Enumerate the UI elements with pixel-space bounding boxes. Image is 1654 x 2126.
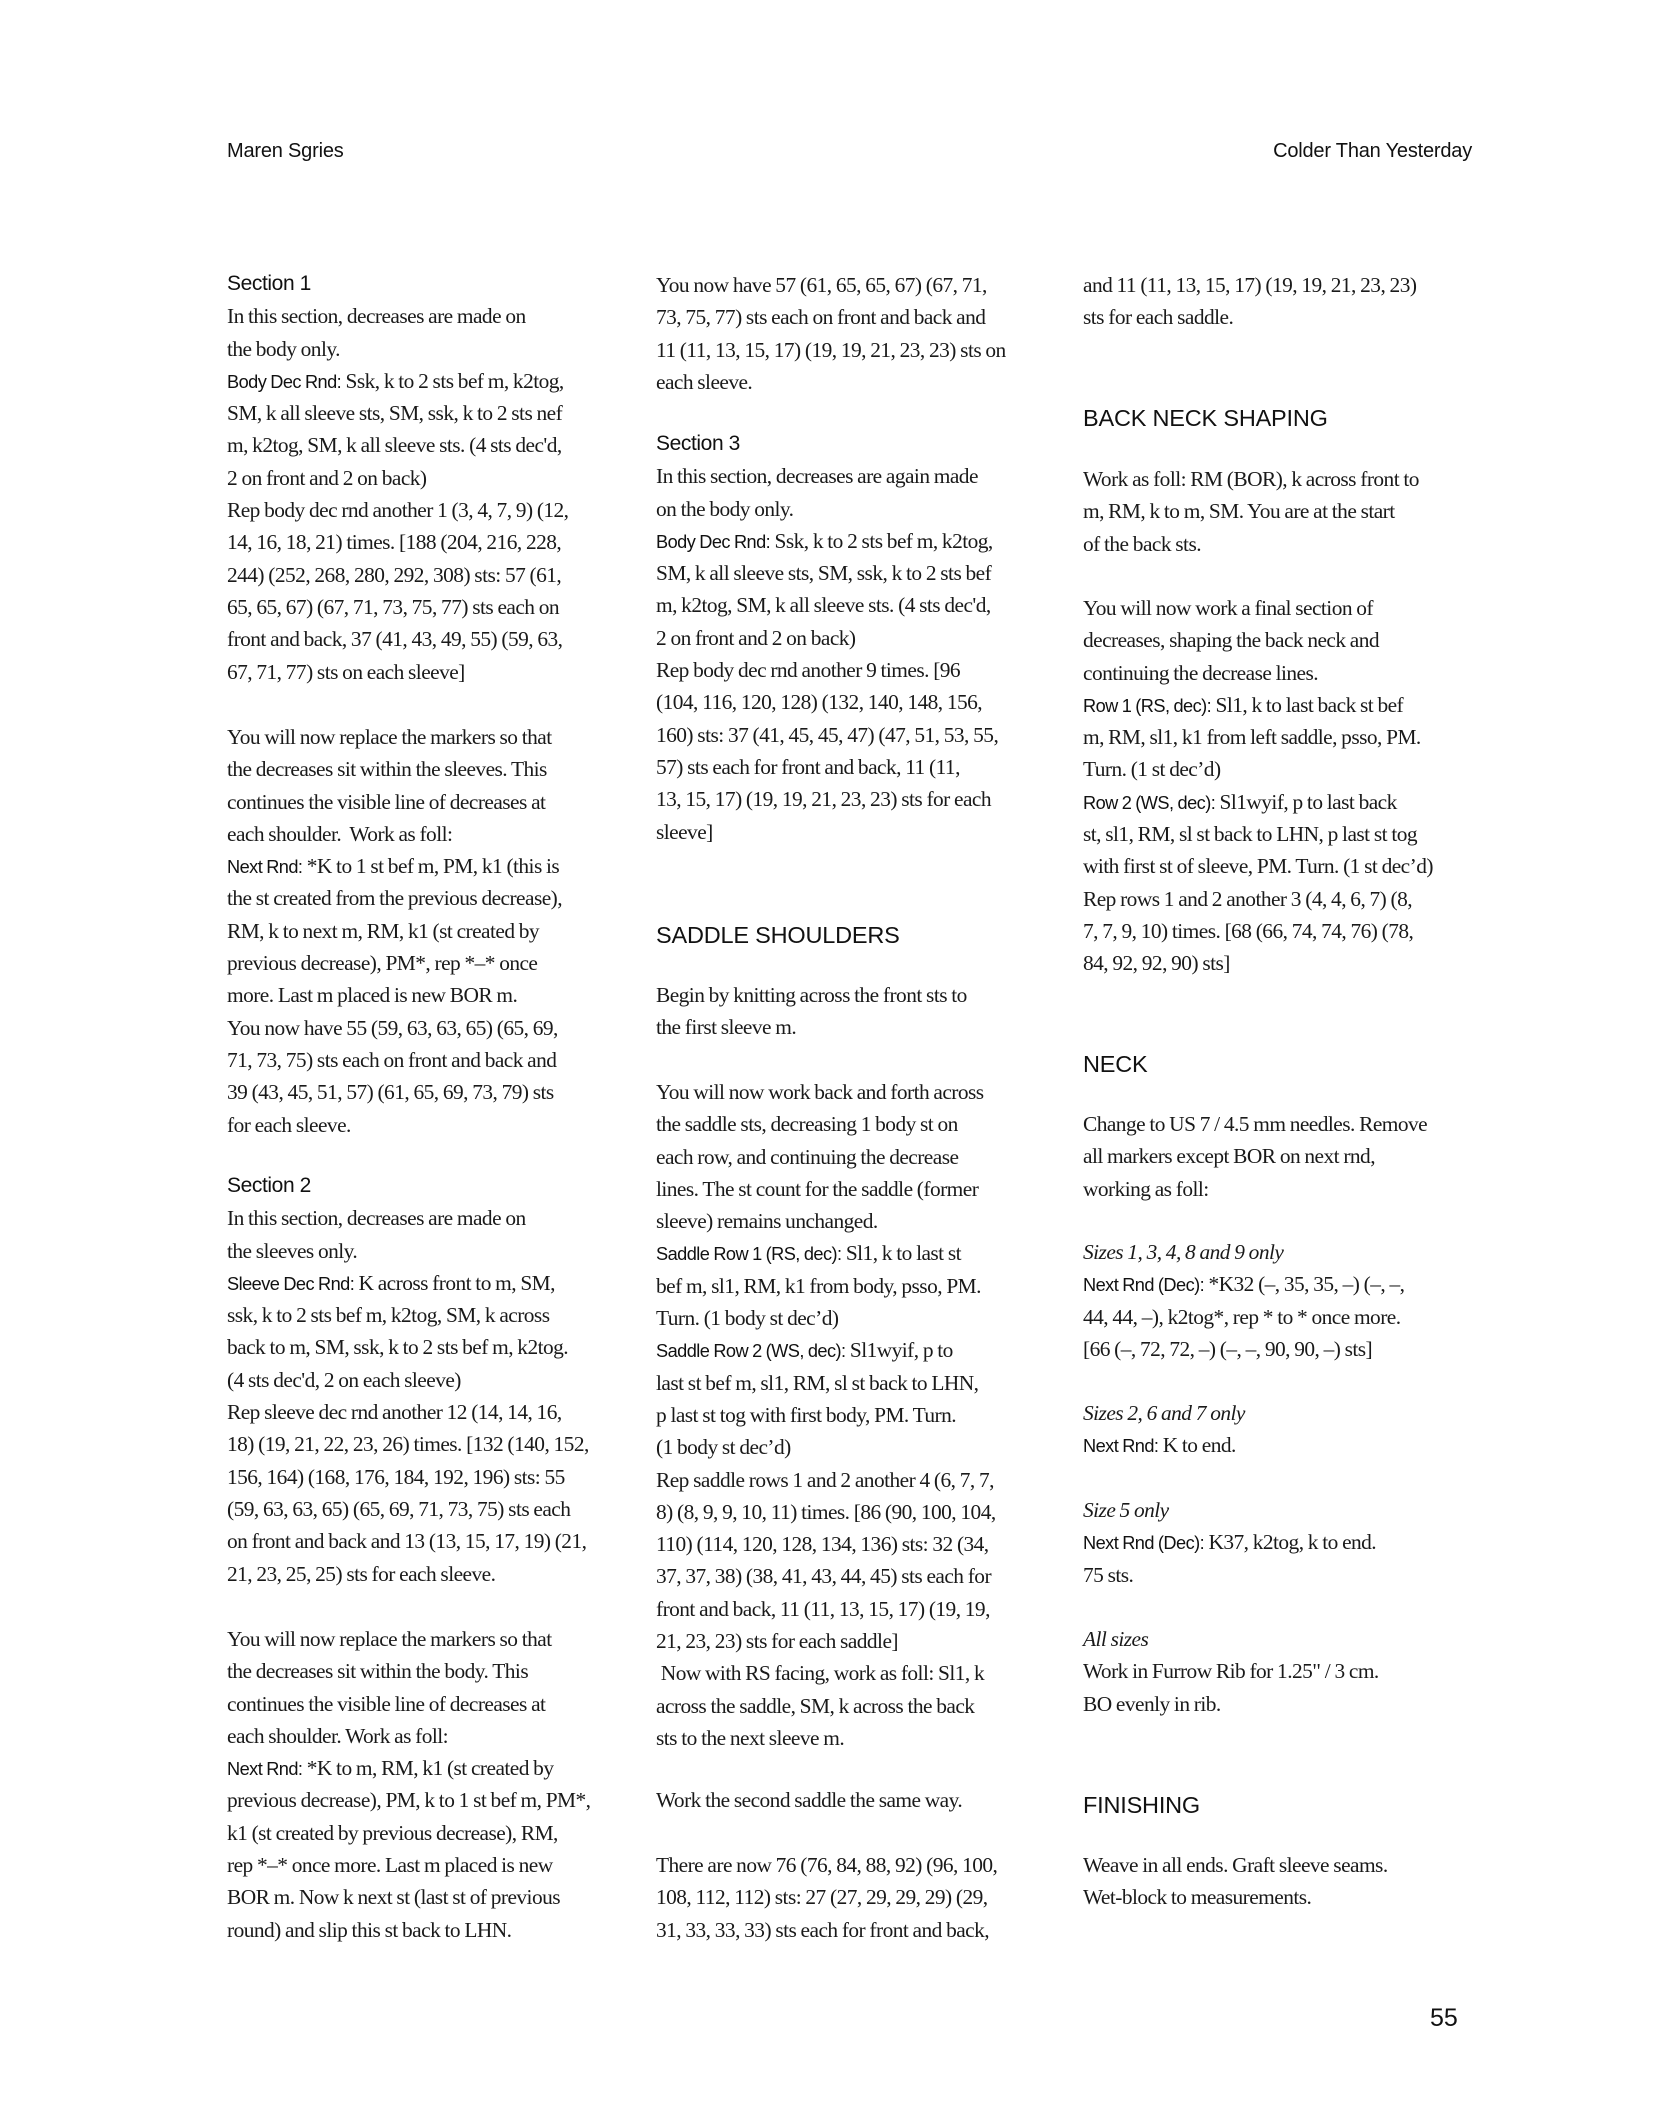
instruction-label: Saddle Row 1 (RS, dec): bbox=[656, 1244, 842, 1264]
instruction-text: (1 body st dec’d) bbox=[656, 1435, 791, 1459]
text-line: continuing the decrease lines. bbox=[1083, 657, 1475, 689]
instruction-text: In this section, decreases are made on bbox=[227, 1206, 526, 1230]
size-subheading: Size 5 only bbox=[1083, 1498, 1169, 1522]
instruction-text: 39 (43, 45, 51, 57) (61, 65, 69, 73, 79)… bbox=[227, 1080, 554, 1104]
text-line: the body only. bbox=[227, 333, 619, 365]
instruction-label: Next Rnd: bbox=[1083, 1436, 1158, 1456]
text-line: Begin by knitting across the front sts t… bbox=[656, 979, 1048, 1011]
text-line: Next Rnd: *K to m, RM, k1 (st created by bbox=[227, 1752, 619, 1784]
instruction-text: You will now work a final section of bbox=[1083, 596, 1373, 620]
instruction-label: Row 2 (WS, dec): bbox=[1083, 793, 1215, 813]
instruction-text: 2 on front and 2 on back) bbox=[227, 466, 426, 490]
instruction-text: K to end. bbox=[1158, 1433, 1235, 1457]
section-heading: Section 3 bbox=[656, 428, 1048, 460]
chapter-heading-block: SADDLE SHOULDERS bbox=[656, 920, 1048, 950]
text-line: 37, 37, 38) (38, 41, 43, 44, 45) sts eac… bbox=[656, 1560, 1048, 1592]
text-line: 2 on front and 2 on back) bbox=[656, 622, 1048, 654]
instruction-label: Body Dec Rnd: bbox=[656, 532, 770, 552]
instruction-text: 18) (19, 21, 22, 23, 26) times. [132 (14… bbox=[227, 1432, 589, 1456]
instruction-text: 156, 164) (168, 176, 184, 192, 196) sts:… bbox=[227, 1465, 565, 1489]
instruction-text: with first st of sleeve, PM. Turn. (1 st… bbox=[1083, 854, 1433, 878]
instruction-text: the body only. bbox=[227, 337, 340, 361]
instruction-text: Now with RS facing, work as foll: Sl1, k bbox=[656, 1661, 984, 1685]
instruction-text: all markers except BOR on next rnd, bbox=[1083, 1144, 1375, 1168]
instruction-text: p last st tog with first body, PM. Turn. bbox=[656, 1403, 956, 1427]
instruction-text: You will now replace the markers so that bbox=[227, 725, 552, 749]
instruction-text: the saddle sts, decreasing 1 body st on bbox=[656, 1112, 958, 1136]
paragraph-block: You will now replace the markers so that… bbox=[227, 721, 619, 1141]
instruction-text: 73, 75, 77) sts each on front and back a… bbox=[656, 305, 985, 329]
text-line: working as foll: bbox=[1083, 1173, 1475, 1205]
text-line: sleeve] bbox=[656, 816, 1048, 848]
text-line: You will now replace the markers so that bbox=[227, 1623, 619, 1655]
instruction-text: each row, and continuing the decrease bbox=[656, 1145, 958, 1169]
instruction-text: 71, 73, 75) sts each on front and back a… bbox=[227, 1048, 556, 1072]
text-line: the saddle sts, decreasing 1 body st on bbox=[656, 1108, 1048, 1140]
text-line: 21, 23, 25, 25) sts for each sleeve. bbox=[227, 1558, 619, 1590]
instruction-text: k1 (st created by previous decrease), RM… bbox=[227, 1821, 558, 1845]
text-line: the first sleeve m. bbox=[656, 1011, 1048, 1043]
instruction-text: Begin by knitting across the front sts t… bbox=[656, 983, 967, 1007]
text-line: Weave in all ends. Graft sleeve seams. bbox=[1083, 1849, 1475, 1881]
text-line: (1 body st dec’d) bbox=[656, 1431, 1048, 1463]
instruction-text: Weave in all ends. Graft sleeve seams. bbox=[1083, 1853, 1388, 1877]
instruction-text: the sleeves only. bbox=[227, 1239, 357, 1263]
chapter-heading: SADDLE SHOULDERS bbox=[656, 920, 1048, 950]
text-line: rep *–* once more. Last m placed is new bbox=[227, 1849, 619, 1881]
instruction-text: In this section, decreases are again mad… bbox=[656, 464, 978, 488]
text-line: Next Rnd: K to end. bbox=[1083, 1429, 1475, 1461]
instruction-text: (59, 63, 63, 65) (65, 69, 71, 73, 75) st… bbox=[227, 1497, 570, 1521]
instruction-text: Turn. (1 st dec’d) bbox=[1083, 757, 1221, 781]
instruction-text: sleeve] bbox=[656, 820, 713, 844]
text-line: decreases, shaping the back neck and bbox=[1083, 624, 1475, 656]
instruction-text: bef m, sl1, RM, k1 from body, psso, PM. bbox=[656, 1274, 981, 1298]
chapter-heading: BACK NECK SHAPING bbox=[1083, 403, 1475, 433]
text-line: (59, 63, 63, 65) (65, 69, 71, 73, 75) st… bbox=[227, 1493, 619, 1525]
text-line: Rep sleeve dec rnd another 12 (14, 14, 1… bbox=[227, 1396, 619, 1428]
instruction-text: Ssk, k to 2 sts bef m, k2tog, bbox=[341, 369, 564, 393]
text-line: Body Dec Rnd: Ssk, k to 2 sts bef m, k2t… bbox=[227, 365, 619, 397]
text-line: 156, 164) (168, 176, 184, 192, 196) sts:… bbox=[227, 1461, 619, 1493]
text-line: 7, 7, 9, 10) times. [68 (66, 74, 74, 76)… bbox=[1083, 915, 1475, 947]
instruction-text: There are now 76 (76, 84, 88, 92) (96, 1… bbox=[656, 1853, 997, 1877]
instruction-text: Wet-block to measurements. bbox=[1083, 1885, 1311, 1909]
instruction-text: 65, 65, 67) (67, 71, 73, 75, 77) sts eac… bbox=[227, 595, 559, 619]
instruction-text: m, k2tog, SM, k all sleeve sts. (4 sts d… bbox=[656, 593, 991, 617]
text-line: Wet-block to measurements. bbox=[1083, 1881, 1475, 1913]
instruction-label: Next Rnd (Dec): bbox=[1083, 1275, 1204, 1295]
paragraph-block: Work as foll: RM (BOR), k across front t… bbox=[1083, 463, 1475, 560]
instruction-text: 84, 92, 92, 90) sts] bbox=[1083, 951, 1230, 975]
instruction-text: sts to the next sleeve m. bbox=[656, 1726, 844, 1750]
instruction-text: K across front to m, SM, bbox=[354, 1271, 555, 1295]
instruction-text: on front and back and 13 (13, 15, 17, 19… bbox=[227, 1529, 586, 1553]
paragraph-block: You will now replace the markers so that… bbox=[227, 1623, 619, 1946]
text-line: BOR m. Now k next st (last st of previou… bbox=[227, 1881, 619, 1913]
text-line: Row 2 (WS, dec): Sl1wyif, p to last back bbox=[1083, 786, 1475, 818]
instruction-text: 21, 23, 25, 25) sts for each sleeve. bbox=[227, 1562, 495, 1586]
paragraph-block: Work the second saddle the same way. bbox=[656, 1784, 1048, 1816]
instruction-text: m, RM, sl1, k1 from left saddle, psso, P… bbox=[1083, 725, 1421, 749]
instruction-text: lines. The st count for the saddle (form… bbox=[656, 1177, 978, 1201]
instruction-text: Sl1, k to last back st bef bbox=[1211, 693, 1403, 717]
instruction-text: RM, k to next m, RM, k1 (st created by bbox=[227, 919, 539, 943]
text-line: [66 (–, 72, 72, –) (–, –, 90, 90, –) sts… bbox=[1083, 1333, 1475, 1365]
text-line: previous decrease), PM, k to 1 st bef m,… bbox=[227, 1784, 619, 1816]
text-line: Turn. (1 st dec’d) bbox=[1083, 753, 1475, 785]
instruction-text: 44, 44, –), k2tog*, rep * to * once more… bbox=[1083, 1305, 1401, 1329]
paragraph-block: Begin by knitting across the front sts t… bbox=[656, 979, 1048, 1044]
text-line: Rep body dec rnd another 9 times. [96 bbox=[656, 654, 1048, 686]
instruction-text: continues the visible line of decreases … bbox=[227, 790, 545, 814]
text-line: 14, 16, 18, 21) times. [188 (204, 216, 2… bbox=[227, 526, 619, 558]
text-line: In this section, decreases are again mad… bbox=[656, 460, 1048, 492]
instruction-text: more. Last m placed is new BOR m. bbox=[227, 983, 517, 1007]
text-line: Saddle Row 2 (WS, dec): Sl1wyif, p to bbox=[656, 1334, 1048, 1366]
instruction-label: Sleeve Dec Rnd: bbox=[227, 1274, 354, 1294]
instruction-text: 108, 112, 112) sts: 27 (27, 29, 29, 29) … bbox=[656, 1885, 988, 1909]
text-line: Next Rnd: *K to 1 st bef m, PM, k1 (this… bbox=[227, 850, 619, 882]
instruction-text: Sl1, k to last st bbox=[842, 1241, 962, 1265]
section-block: Section 3In this section, decreases are … bbox=[656, 428, 1048, 848]
instruction-text: Ssk, k to 2 sts bef m, k2tog, bbox=[770, 529, 993, 553]
instruction-text: and 11 (11, 13, 15, 17) (19, 19, 21, 23,… bbox=[1083, 273, 1416, 297]
text-line: In this section, decreases are made on bbox=[227, 1202, 619, 1234]
text-line: 57) sts each for front and back, 11 (11, bbox=[656, 751, 1048, 783]
instruction-text: each sleeve. bbox=[656, 370, 752, 394]
instruction-text: 110) (114, 120, 128, 134, 136) sts: 32 (… bbox=[656, 1532, 989, 1556]
instruction-text: (4 sts dec'd, 2 on each sleeve) bbox=[227, 1368, 461, 1392]
instruction-text: 13, 15, 17) (19, 19, 21, 23, 23) sts for… bbox=[656, 787, 991, 811]
paragraph-block: Sizes 1, 3, 4, 8 and 9 onlyNext Rnd (Dec… bbox=[1083, 1236, 1475, 1365]
text-line: Size 5 only bbox=[1083, 1494, 1475, 1526]
instruction-text: *K to 1 st bef m, PM, k1 (this is bbox=[302, 854, 559, 878]
instruction-text: the st created from the previous decreas… bbox=[227, 886, 562, 910]
text-line: more. Last m placed is new BOR m. bbox=[227, 979, 619, 1011]
instruction-text: [66 (–, 72, 72, –) (–, –, 90, 90, –) sts… bbox=[1083, 1337, 1372, 1361]
instruction-text: 2 on front and 2 on back) bbox=[656, 626, 855, 650]
text-line: Rep body dec rnd another 1 (3, 4, 7, 9) … bbox=[227, 494, 619, 526]
text-line: 73, 75, 77) sts each on front and back a… bbox=[656, 301, 1048, 333]
text-line: 21, 23, 23) sts for each saddle] bbox=[656, 1625, 1048, 1657]
instruction-text: m, RM, k to m, SM. You are at the start bbox=[1083, 499, 1395, 523]
instruction-text: *K32 (–, 35, 35, –) (–, –, bbox=[1204, 1272, 1404, 1296]
instruction-text: the decreases sit within the body. This bbox=[227, 1659, 528, 1683]
instruction-text: Work the second saddle the same way. bbox=[656, 1788, 962, 1812]
instruction-text: K37, k2tog, k to end. bbox=[1204, 1530, 1376, 1554]
instruction-text: previous decrease), PM, k to 1 st bef m,… bbox=[227, 1788, 590, 1812]
text-line: round) and slip this st back to LHN. bbox=[227, 1914, 619, 1946]
text-line: Row 1 (RS, dec): Sl1, k to last back st … bbox=[1083, 689, 1475, 721]
instruction-text: continuing the decrease lines. bbox=[1083, 661, 1318, 685]
instruction-label: Next Rnd: bbox=[227, 1759, 302, 1779]
instruction-text: 37, 37, 38) (38, 41, 43, 44, 45) sts eac… bbox=[656, 1564, 991, 1588]
text-line: sleeve) remains unchanged. bbox=[656, 1205, 1048, 1237]
text-line: ssk, k to 2 sts bef m, k2tog, SM, k acro… bbox=[227, 1299, 619, 1331]
text-line: last st bef m, sl1, RM, sl st back to LH… bbox=[656, 1367, 1048, 1399]
instruction-text: Change to US 7 / 4.5 mm needles. Remove bbox=[1083, 1112, 1427, 1136]
instruction-text: Rep rows 1 and 2 another 3 (4, 4, 6, 7) … bbox=[1083, 887, 1412, 911]
size-subheading: Sizes 1, 3, 4, 8 and 9 only bbox=[1083, 1240, 1283, 1264]
instruction-text: Rep body dec rnd another 1 (3, 4, 7, 9) … bbox=[227, 498, 568, 522]
text-line: each row, and continuing the decrease bbox=[656, 1141, 1048, 1173]
text-line: Next Rnd (Dec): *K32 (–, 35, 35, –) (–, … bbox=[1083, 1268, 1475, 1300]
instruction-text: SM, k all sleeve sts, SM, ssk, k to 2 st… bbox=[227, 401, 562, 425]
text-line: In this section, decreases are made on bbox=[227, 300, 619, 332]
text-line: m, k2tog, SM, k all sleeve sts. (4 sts d… bbox=[227, 429, 619, 461]
text-line: bef m, sl1, RM, k1 from body, psso, PM. bbox=[656, 1270, 1048, 1302]
paragraph-block: You will now work back and forth acrosst… bbox=[656, 1076, 1048, 1754]
instruction-text: You now have 57 (61, 65, 65, 67) (67, 71… bbox=[656, 273, 987, 297]
chapter-heading-block: NECK bbox=[1083, 1049, 1475, 1079]
text-line: Work in Furrow Rib for 1.25" / 3 cm. bbox=[1083, 1655, 1475, 1687]
paragraph-block: Weave in all ends. Graft sleeve seams.We… bbox=[1083, 1849, 1475, 1914]
instruction-text: 14, 16, 18, 21) times. [188 (204, 216, 2… bbox=[227, 530, 561, 554]
size-subheading: Sizes 2, 6 and 7 only bbox=[1083, 1401, 1245, 1425]
text-line: and 11 (11, 13, 15, 17) (19, 19, 21, 23,… bbox=[1083, 269, 1475, 301]
instruction-text: In this section, decreases are made on bbox=[227, 304, 526, 328]
text-line: 84, 92, 92, 90) sts] bbox=[1083, 947, 1475, 979]
instruction-text: 21, 23, 23) sts for each saddle] bbox=[656, 1629, 898, 1653]
text-line: (104, 116, 120, 128) (132, 140, 148, 156… bbox=[656, 686, 1048, 718]
text-line: 65, 65, 67) (67, 71, 73, 75, 77) sts eac… bbox=[227, 591, 619, 623]
instruction-text: st, sl1, RM, sl st back to LHN, p last s… bbox=[1083, 822, 1417, 846]
instruction-text: the first sleeve m. bbox=[656, 1015, 796, 1039]
instruction-text: decreases, shaping the back neck and bbox=[1083, 628, 1379, 652]
text-line: on the body only. bbox=[656, 493, 1048, 525]
instruction-text: continues the visible line of decreases … bbox=[227, 1692, 545, 1716]
text-line: 244) (252, 268, 280, 292, 308) sts: 57 (… bbox=[227, 559, 619, 591]
text-line: each shoulder. Work as foll: bbox=[227, 818, 619, 850]
text-line: 31, 33, 33, 33) sts each for front and b… bbox=[656, 1914, 1048, 1946]
text-line: Sleeve Dec Rnd: K across front to m, SM, bbox=[227, 1267, 619, 1299]
text-line: 108, 112, 112) sts: 27 (27, 29, 29, 29) … bbox=[656, 1881, 1048, 1913]
instruction-text: 57) sts each for front and back, 11 (11, bbox=[656, 755, 960, 779]
text-line: Now with RS facing, work as foll: Sl1, k bbox=[656, 1657, 1048, 1689]
instruction-text: You will now work back and forth across bbox=[656, 1080, 984, 1104]
chapter-heading-block: BACK NECK SHAPING bbox=[1083, 403, 1475, 433]
instruction-text: You now have 55 (59, 63, 63, 65) (65, 69… bbox=[227, 1016, 558, 1040]
text-line: Sizes 2, 6 and 7 only bbox=[1083, 1397, 1475, 1429]
instruction-text: Rep saddle rows 1 and 2 another 4 (6, 7,… bbox=[656, 1468, 994, 1492]
text-line: Next Rnd (Dec): K37, k2tog, k to end. bbox=[1083, 1526, 1475, 1558]
text-line: 18) (19, 21, 22, 23, 26) times. [132 (14… bbox=[227, 1428, 619, 1460]
text-line: There are now 76 (76, 84, 88, 92) (96, 1… bbox=[656, 1849, 1048, 1881]
paragraph-block: Size 5 onlyNext Rnd (Dec): K37, k2tog, k… bbox=[1083, 1494, 1475, 1591]
paragraph-block: Change to US 7 / 4.5 mm needles. Removea… bbox=[1083, 1108, 1475, 1205]
instruction-text: previous decrease), PM*, rep *–* once bbox=[227, 951, 537, 975]
text-line: (4 sts dec'd, 2 on each sleeve) bbox=[227, 1364, 619, 1396]
paragraph-block: You now have 57 (61, 65, 65, 67) (67, 71… bbox=[656, 269, 1048, 398]
instruction-text: Rep body dec rnd another 9 times. [96 bbox=[656, 658, 960, 682]
paragraph-block: All sizesWork in Furrow Rib for 1.25" / … bbox=[1083, 1623, 1475, 1720]
text-line: 160) sts: 37 (41, 45, 45, 47) (47, 51, 5… bbox=[656, 719, 1048, 751]
instruction-text: *K to m, RM, k1 (st created by bbox=[302, 1756, 553, 1780]
instruction-text: 8) (8, 9, 9, 10, 11) times. [86 (90, 100… bbox=[656, 1500, 996, 1524]
text-line: front and back, 37 (41, 43, 49, 55) (59,… bbox=[227, 623, 619, 655]
text-line: back to m, SM, ssk, k to 2 sts bef m, k2… bbox=[227, 1331, 619, 1363]
text-line: SM, k all sleeve sts, SM, ssk, k to 2 st… bbox=[227, 397, 619, 429]
text-line: You will now replace the markers so that bbox=[227, 721, 619, 753]
text-line: All sizes bbox=[1083, 1623, 1475, 1655]
text-line: 67, 71, 77) sts on each sleeve] bbox=[227, 656, 619, 688]
text-line: Body Dec Rnd: Ssk, k to 2 sts bef m, k2t… bbox=[656, 525, 1048, 557]
instruction-text: 7, 7, 9, 10) times. [68 (66, 74, 74, 76)… bbox=[1083, 919, 1413, 943]
instruction-text: of the back sts. bbox=[1083, 532, 1201, 556]
instruction-text: Work as foll: RM (BOR), k across front t… bbox=[1083, 467, 1419, 491]
running-header-author: Maren Sgries bbox=[227, 140, 344, 163]
instruction-text: 11 (11, 13, 15, 17) (19, 19, 21, 23, 23)… bbox=[656, 338, 1006, 362]
instruction-text: 75 sts. bbox=[1083, 1563, 1133, 1587]
chapter-heading: NECK bbox=[1083, 1049, 1475, 1079]
section-heading: Section 1 bbox=[227, 268, 619, 300]
text-line: Work the second saddle the same way. bbox=[656, 1784, 1048, 1816]
text-line: Change to US 7 / 4.5 mm needles. Remove bbox=[1083, 1108, 1475, 1140]
text-line: RM, k to next m, RM, k1 (st created by bbox=[227, 915, 619, 947]
instruction-text: Work in Furrow Rib for 1.25" / 3 cm. bbox=[1083, 1659, 1379, 1683]
text-line: Rep saddle rows 1 and 2 another 4 (6, 7,… bbox=[656, 1464, 1048, 1496]
instruction-text: each shoulder. Work as foll: bbox=[227, 1724, 448, 1748]
instruction-text: ssk, k to 2 sts bef m, k2tog, SM, k acro… bbox=[227, 1303, 549, 1327]
instruction-text: back to m, SM, ssk, k to 2 sts bef m, k2… bbox=[227, 1335, 568, 1359]
instruction-label: Body Dec Rnd: bbox=[227, 372, 341, 392]
text-line: front and back, 11 (11, 13, 15, 17) (19,… bbox=[656, 1593, 1048, 1625]
text-line: Rep rows 1 and 2 another 3 (4, 4, 6, 7) … bbox=[1083, 883, 1475, 915]
instruction-text: 244) (252, 268, 280, 292, 308) sts: 57 (… bbox=[227, 563, 561, 587]
instruction-text: sts for each saddle. bbox=[1083, 305, 1233, 329]
instruction-label: Next Rnd (Dec): bbox=[1083, 1533, 1204, 1553]
instruction-text: sleeve) remains unchanged. bbox=[656, 1209, 878, 1233]
running-header-title: Colder Than Yesterday bbox=[1273, 140, 1472, 163]
instruction-text: 160) sts: 37 (41, 45, 45, 47) (47, 51, 5… bbox=[656, 723, 998, 747]
instruction-text: rep *–* once more. Last m placed is new bbox=[227, 1853, 553, 1877]
instruction-text: on the body only. bbox=[656, 497, 794, 521]
instruction-text: m, k2tog, SM, k all sleeve sts. (4 sts d… bbox=[227, 433, 562, 457]
text-line: 11 (11, 13, 15, 17) (19, 19, 21, 23, 23)… bbox=[656, 334, 1048, 366]
paragraph-block: Sizes 2, 6 and 7 onlyNext Rnd: K to end. bbox=[1083, 1397, 1475, 1462]
text-line: 44, 44, –), k2tog*, rep * to * once more… bbox=[1083, 1301, 1475, 1333]
text-line: the st created from the previous decreas… bbox=[227, 882, 619, 914]
page-number: 55 bbox=[1430, 2004, 1458, 2033]
section-heading: Section 2 bbox=[227, 1170, 619, 1202]
text-line: across the saddle, SM, k across the back bbox=[656, 1690, 1048, 1722]
text-line: 71, 73, 75) sts each on front and back a… bbox=[227, 1044, 619, 1076]
chapter-heading: FINISHING bbox=[1083, 1790, 1475, 1820]
instruction-text: each shoulder. Work as foll: bbox=[227, 822, 452, 846]
text-line: Sizes 1, 3, 4, 8 and 9 only bbox=[1083, 1236, 1475, 1268]
instruction-text: last st bef m, sl1, RM, sl st back to LH… bbox=[656, 1371, 978, 1395]
instruction-text: front and back, 11 (11, 13, 15, 17) (19,… bbox=[656, 1597, 990, 1621]
instruction-text: BO evenly in rib. bbox=[1083, 1692, 1221, 1716]
text-line: each sleeve. bbox=[656, 366, 1048, 398]
text-line: st, sl1, RM, sl st back to LHN, p last s… bbox=[1083, 818, 1475, 850]
instruction-label: Row 1 (RS, dec): bbox=[1083, 696, 1211, 716]
text-line: You now have 57 (61, 65, 65, 67) (67, 71… bbox=[656, 269, 1048, 301]
text-line: with first st of sleeve, PM. Turn. (1 st… bbox=[1083, 850, 1475, 882]
instruction-label: Saddle Row 2 (WS, dec): bbox=[656, 1341, 846, 1361]
instruction-text: the decreases sit within the sleeves. Th… bbox=[227, 757, 547, 781]
text-line: all markers except BOR on next rnd, bbox=[1083, 1140, 1475, 1172]
size-subheading: All sizes bbox=[1083, 1627, 1148, 1651]
chapter-heading-block: FINISHING bbox=[1083, 1790, 1475, 1820]
text-line: Work as foll: RM (BOR), k across front t… bbox=[1083, 463, 1475, 495]
text-line: for each sleeve. bbox=[227, 1109, 619, 1141]
text-line: SM, k all sleeve sts, SM, ssk, k to 2 st… bbox=[656, 557, 1048, 589]
text-line: continues the visible line of decreases … bbox=[227, 786, 619, 818]
instruction-text: round) and slip this st back to LHN. bbox=[227, 1918, 511, 1942]
text-line: sts for each saddle. bbox=[1083, 301, 1475, 333]
instruction-text: working as foll: bbox=[1083, 1177, 1209, 1201]
text-line: You now have 55 (59, 63, 63, 65) (65, 69… bbox=[227, 1012, 619, 1044]
instruction-text: (104, 116, 120, 128) (132, 140, 148, 156… bbox=[656, 690, 982, 714]
text-line: m, k2tog, SM, k all sleeve sts. (4 sts d… bbox=[656, 589, 1048, 621]
instruction-text: SM, k all sleeve sts, SM, ssk, k to 2 st… bbox=[656, 561, 991, 585]
text-line: lines. The st count for the saddle (form… bbox=[656, 1173, 1048, 1205]
text-line: previous decrease), PM*, rep *–* once bbox=[227, 947, 619, 979]
text-line: 39 (43, 45, 51, 57) (61, 65, 69, 73, 79)… bbox=[227, 1076, 619, 1108]
text-line: the decreases sit within the body. This bbox=[227, 1655, 619, 1687]
text-line: m, RM, k to m, SM. You are at the start bbox=[1083, 495, 1475, 527]
instruction-text: front and back, 37 (41, 43, 49, 55) (59,… bbox=[227, 627, 562, 651]
instruction-text: for each sleeve. bbox=[227, 1113, 351, 1137]
text-line: 13, 15, 17) (19, 19, 21, 23, 23) sts for… bbox=[656, 783, 1048, 815]
instruction-text: Sl1wyif, p to last back bbox=[1215, 790, 1397, 814]
instruction-text: 31, 33, 33, 33) sts each for front and b… bbox=[656, 1918, 989, 1942]
paragraph-block: and 11 (11, 13, 15, 17) (19, 19, 21, 23,… bbox=[1083, 269, 1475, 334]
section-block: Section 2In this section, decreases are … bbox=[227, 1170, 619, 1590]
text-line: BO evenly in rib. bbox=[1083, 1688, 1475, 1720]
instruction-text: across the saddle, SM, k across the back bbox=[656, 1694, 974, 1718]
text-line: continues the visible line of decreases … bbox=[227, 1688, 619, 1720]
text-line: Turn. (1 body st dec’d) bbox=[656, 1302, 1048, 1334]
text-line: 75 sts. bbox=[1083, 1559, 1475, 1591]
text-line: on front and back and 13 (13, 15, 17, 19… bbox=[227, 1525, 619, 1557]
text-line: sts to the next sleeve m. bbox=[656, 1722, 1048, 1754]
paragraph-block: You will now work a final section ofdecr… bbox=[1083, 592, 1475, 980]
text-line: of the back sts. bbox=[1083, 528, 1475, 560]
paragraph-block: There are now 76 (76, 84, 88, 92) (96, 1… bbox=[656, 1849, 1048, 1946]
text-line: m, RM, sl1, k1 from left saddle, psso, P… bbox=[1083, 721, 1475, 753]
instruction-text: 67, 71, 77) sts on each sleeve] bbox=[227, 660, 465, 684]
text-line: the decreases sit within the sleeves. Th… bbox=[227, 753, 619, 785]
instruction-text: BOR m. Now k next st (last st of previou… bbox=[227, 1885, 560, 1909]
text-line: k1 (st created by previous decrease), RM… bbox=[227, 1817, 619, 1849]
text-line: each shoulder. Work as foll: bbox=[227, 1720, 619, 1752]
instruction-label: Next Rnd: bbox=[227, 857, 302, 877]
text-line: 110) (114, 120, 128, 134, 136) sts: 32 (… bbox=[656, 1528, 1048, 1560]
text-line: p last st tog with first body, PM. Turn. bbox=[656, 1399, 1048, 1431]
instruction-text: Turn. (1 body st dec’d) bbox=[656, 1306, 838, 1330]
text-line: Saddle Row 1 (RS, dec): Sl1, k to last s… bbox=[656, 1237, 1048, 1269]
section-block: Section 1In this section, decreases are … bbox=[227, 268, 619, 688]
text-line: 8) (8, 9, 9, 10, 11) times. [86 (90, 100… bbox=[656, 1496, 1048, 1528]
text-line: You will now work a final section of bbox=[1083, 592, 1475, 624]
text-line: the sleeves only. bbox=[227, 1235, 619, 1267]
instruction-text: Sl1wyif, p to bbox=[846, 1338, 953, 1362]
instruction-text: Rep sleeve dec rnd another 12 (14, 14, 1… bbox=[227, 1400, 562, 1424]
text-line: You will now work back and forth across bbox=[656, 1076, 1048, 1108]
instruction-text: You will now replace the markers so that bbox=[227, 1627, 552, 1651]
text-line: 2 on front and 2 on back) bbox=[227, 462, 619, 494]
